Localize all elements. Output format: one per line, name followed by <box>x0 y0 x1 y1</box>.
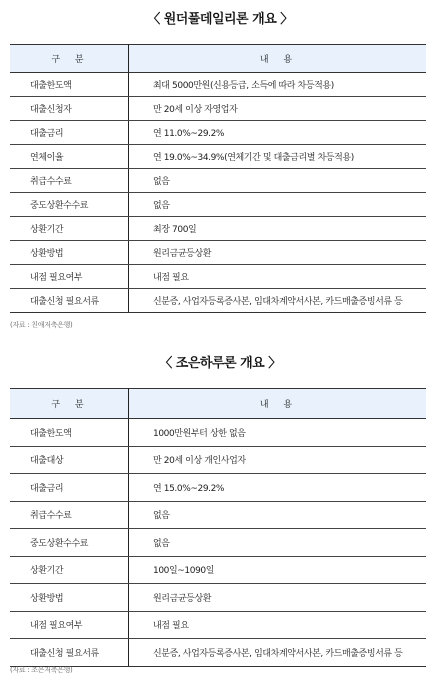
row-value: 원리금균등상환 <box>129 584 427 612</box>
row-value: 없음 <box>129 169 427 193</box>
row-value: 없음 <box>129 501 427 529</box>
row-value: 신분증, 사업자등록증사본, 임대차계약서사본, 카드매출증빙서류 등 <box>129 639 427 667</box>
row-value: 원리금균등상환 <box>129 241 427 265</box>
row-label: 연체이율 <box>10 145 129 169</box>
row-label: 내점 필요여부 <box>10 611 129 639</box>
table-row: 대출금리연 15.0%~29.2% <box>10 474 426 502</box>
table-row: 대출금리연 11.0%~29.2% <box>10 121 426 145</box>
loan-overview-table-1: 구 분 내 용 대출한도액최대 5000만원(신용등급, 소득에 따라 차등적용… <box>10 44 426 313</box>
table-header-row: 구 분 내 용 <box>10 389 426 419</box>
row-value: 만 20세 이상 개인사업자 <box>129 446 427 474</box>
row-label: 대출한도액 <box>10 73 129 97</box>
section-title-wonderful-daily-loan: 〈 원더풀데일리론 개요 〉 <box>0 8 440 27</box>
table-row: 대출신청자만 20세 이상 자영업자 <box>10 97 426 121</box>
loan-overview-table-2: 구 분 내 용 대출한도액1000만원부터 상한 없음 대출대상만 20세 이상… <box>10 388 426 667</box>
row-value: 연 15.0%~29.2% <box>129 474 427 502</box>
source-note-1: (자료 : 친애저축은행) <box>10 320 72 330</box>
table-row: 중도상환수수료없음 <box>10 529 426 557</box>
table-row: 상환방법원리금균등상환 <box>10 584 426 612</box>
row-label: 중도상환수수료 <box>10 193 129 217</box>
row-value: 연 19.0%~34.9%(연체기간 및 대출금리별 차등적용) <box>129 145 427 169</box>
table-row: 상환방법원리금균등상환 <box>10 241 426 265</box>
row-value: 신분증, 사업자등록증사본, 임대차계약서사본, 카드매출증빙서류 등 <box>129 289 427 313</box>
row-label: 대출신청 필요서류 <box>10 289 129 313</box>
table-row: 상환기간최장 700일 <box>10 217 426 241</box>
table-row: 대출대상만 20세 이상 개인사업자 <box>10 446 426 474</box>
row-value: 연 11.0%~29.2% <box>129 121 427 145</box>
table-row: 취급수수료없음 <box>10 501 426 529</box>
table-row: 대출한도액1000만원부터 상한 없음 <box>10 419 426 447</box>
row-label: 대출금리 <box>10 474 129 502</box>
table-header-row: 구 분 내 용 <box>10 45 426 73</box>
row-label: 대출신청 필요서류 <box>10 639 129 667</box>
source-note-2: (자료 : 조은저축은행) <box>10 665 72 675</box>
table-row: 취급수수료없음 <box>10 169 426 193</box>
row-value: 만 20세 이상 자영업자 <box>129 97 427 121</box>
table-row: 연체이율연 19.0%~34.9%(연체기간 및 대출금리별 차등적용) <box>10 145 426 169</box>
row-label: 대출금리 <box>10 121 129 145</box>
table-row: 내점 필요여부내점 필요 <box>10 265 426 289</box>
row-value: 내점 필요 <box>129 611 427 639</box>
table-row: 대출한도액최대 5000만원(신용등급, 소득에 따라 차등적용) <box>10 73 426 97</box>
row-value: 내점 필요 <box>129 265 427 289</box>
row-label: 상환기간 <box>10 217 129 241</box>
header-category: 구 분 <box>10 45 129 73</box>
header-content: 내 용 <box>129 45 427 73</box>
row-label: 취급수수료 <box>10 169 129 193</box>
row-label: 상환방법 <box>10 584 129 612</box>
row-label: 대출대상 <box>10 446 129 474</box>
section-title-joeun-haru-loan: 〈 조은하루론 개요 〉 <box>0 352 440 371</box>
header-category: 구 분 <box>10 389 129 419</box>
row-label: 상환방법 <box>10 241 129 265</box>
row-label: 대출한도액 <box>10 419 129 447</box>
row-value: 최대 5000만원(신용등급, 소득에 따라 차등적용) <box>129 73 427 97</box>
row-value: 없음 <box>129 529 427 557</box>
table-row: 중도상환수수료없음 <box>10 193 426 217</box>
row-label: 중도상환수수료 <box>10 529 129 557</box>
table-row: 대출신청 필요서류신분증, 사업자등록증사본, 임대차계약서사본, 카드매출증빙… <box>10 639 426 667</box>
row-value: 100일~1090일 <box>129 556 427 584</box>
table-row: 대출신청 필요서류신분증, 사업자등록증사본, 임대차계약서사본, 카드매출증빙… <box>10 289 426 313</box>
header-content: 내 용 <box>129 389 427 419</box>
row-value: 없음 <box>129 193 427 217</box>
table-row: 상환기간100일~1090일 <box>10 556 426 584</box>
row-value: 최장 700일 <box>129 217 427 241</box>
row-label: 상환기간 <box>10 556 129 584</box>
row-label: 취급수수료 <box>10 501 129 529</box>
row-value: 1000만원부터 상한 없음 <box>129 419 427 447</box>
table-row: 내점 필요여부내점 필요 <box>10 611 426 639</box>
row-label: 대출신청자 <box>10 97 129 121</box>
row-label: 내점 필요여부 <box>10 265 129 289</box>
